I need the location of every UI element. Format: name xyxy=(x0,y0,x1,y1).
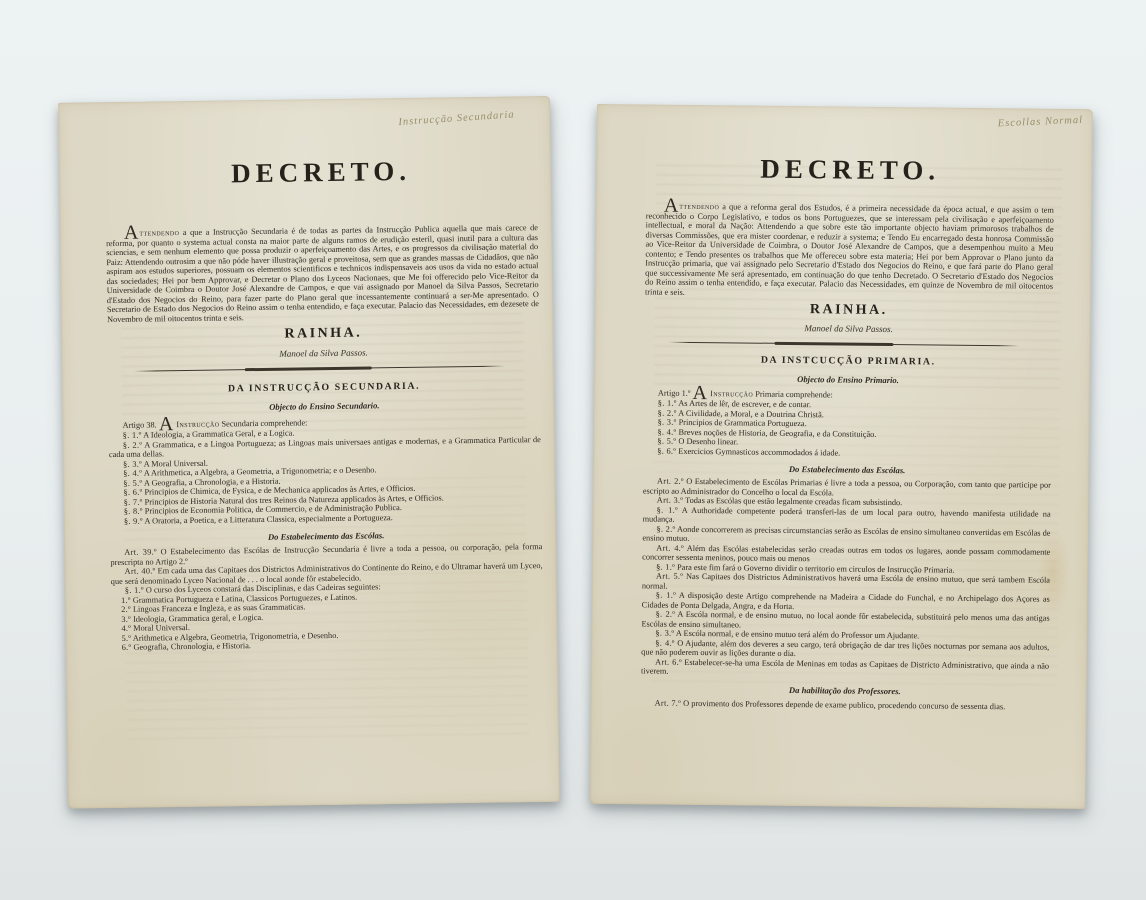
clause-text: Moral Universal. xyxy=(133,623,190,633)
subsection-heading: Do Estabelecimento das Escólas. xyxy=(643,462,1051,476)
clause-label: Art. 40.º xyxy=(125,566,156,575)
clause-text: Ideologia, Grammatica geral, e Logica. xyxy=(133,612,263,623)
section-heading: DA INSTCUCÇÃO PRIMARIA. xyxy=(644,353,1052,368)
clause-text: A disposição deste Artigo comprehende na… xyxy=(642,591,1050,611)
decree-title: DECRETO. xyxy=(646,152,1054,187)
clause-text: Estabelecer-se-ha uma Escóla de Meninas … xyxy=(641,657,1049,675)
clause-label: Art. 6.º xyxy=(655,657,682,666)
article-number: Artigo 38. xyxy=(123,420,157,429)
clause-text: O provimento dos Professores depende de … xyxy=(683,698,1005,710)
article-number: Artigo 1.º xyxy=(658,389,691,398)
clause-label: §. 1.º xyxy=(657,505,678,514)
opening-text: a que a reforma geral dos Estudos, é a p… xyxy=(645,202,1054,296)
clause-label: Art. 3.º xyxy=(657,496,683,505)
clause-text: A Moral Universal. xyxy=(144,458,208,468)
clause-label: §. 8.º xyxy=(124,507,143,516)
clause-text: O Ajudante, além dos deveres a seu cargo… xyxy=(641,638,1049,658)
lead-word: Instrucção xyxy=(176,420,219,430)
photo-backdrop: { "scene": { "background_color": "#eaeff… xyxy=(0,0,1146,900)
section-divider xyxy=(134,365,506,373)
clause-label: §. 2.º xyxy=(658,408,677,417)
opening-paragraph: Attendendo a que a reforma geral dos Est… xyxy=(645,201,1054,300)
article-intro-text: Primaria comprehende: xyxy=(755,390,833,400)
article-list: Art. 39.º O Estabelecimento das Escólas … xyxy=(110,542,543,596)
clause-label: §. 4.º xyxy=(655,638,674,647)
clause-label: 5.º xyxy=(121,633,131,642)
subsection-heading: Objecto do Ensino Secundario. xyxy=(108,398,540,414)
clause-label: §. 1.º xyxy=(656,591,676,600)
clause-text: O Estabelecimento de Escólas Primarias é… xyxy=(643,477,1051,497)
clause-text: Além das Escólas estabelecidas serão cre… xyxy=(642,543,1050,563)
clause-label: §. 6.º xyxy=(123,488,142,497)
lead-word: ttendendo xyxy=(139,228,179,238)
clause-label: §. 2.º xyxy=(656,610,676,619)
clause-label: §. 6.º xyxy=(657,446,676,455)
clause-label: 3.º xyxy=(121,614,131,623)
lead-word: Instrucção xyxy=(710,389,753,398)
clause-text: Nas Capitaes dos Districtos Administrati… xyxy=(642,572,1050,590)
clause-label: §. 3.º xyxy=(123,459,142,468)
course-list: 1.º Grammatica Portugueza e Latina, Clas… xyxy=(111,590,544,653)
clause-label: §. 1.º xyxy=(125,586,144,595)
clause-label: Art. 4.º xyxy=(656,543,684,552)
royal-signature: RAINHA. xyxy=(107,323,539,345)
clause-list: §. 1.º As Artes de lêr, de escrever, e d… xyxy=(643,398,1052,459)
clause-label: §. 5.º xyxy=(123,478,142,487)
clause-label: §. 5.º xyxy=(657,437,676,446)
clause-label: §. 9.º xyxy=(124,516,143,525)
clause-label: Art. 5.º xyxy=(656,572,683,581)
decree-title: DECRETO. xyxy=(105,154,537,191)
clause-label: §. 2.º xyxy=(123,440,142,449)
clause-label: §. 2.º xyxy=(656,524,675,533)
clause-label: 2.º xyxy=(121,605,131,614)
lead-word: ttendendo xyxy=(679,202,719,211)
minister-signature: Manoel da Silva Passos. xyxy=(645,321,1053,335)
clause-label: §. 3.º xyxy=(655,629,674,638)
clause-label: §. 1.º xyxy=(123,431,142,440)
clause: Art. 7.º O provimento dos Professores de… xyxy=(641,698,1049,712)
article-list: Art. 2.º O Estabelecimento de Escólas Pr… xyxy=(641,476,1051,680)
right-document-page: Escollas Normal DECRETO. Attendendo a qu… xyxy=(590,104,1093,809)
clause: Art. 6.º Estabelecer-se-ha uma Escóla de… xyxy=(641,657,1049,680)
subsection-heading: Da habilitação dos Professores. xyxy=(641,683,1049,697)
clause-list: §. 1.º A Ideologia, a Grammatica Geral, … xyxy=(109,425,542,526)
clause-label: §. 4.º xyxy=(123,469,142,478)
clause-text: A Authoridade competente poderá transfer… xyxy=(643,505,1051,523)
opening-text: a que a Instrucção Secundaria é de todas… xyxy=(106,223,539,324)
clause-label: §. 1.º xyxy=(658,399,677,408)
opening-paragraph: Attendendo a que a Instrucção Secundaria… xyxy=(106,223,539,324)
clause-label: 1.º xyxy=(121,595,131,604)
clause-label: Art. 2.º xyxy=(657,477,684,486)
clause-label: §. 1.º xyxy=(656,562,675,571)
clause-text: Exercicios Gymnasticos accommodados á id… xyxy=(678,446,840,457)
article-intro-text: Secundaria comprehende: xyxy=(221,418,307,428)
clause-text: Geografia, Chronologia, e Historia. xyxy=(133,641,251,652)
minister-signature: Manoel da Silva Passos. xyxy=(108,345,540,361)
clause-label: §. 3.º xyxy=(658,418,677,427)
clause-text: Aonde concorrerem as precisas circumstan… xyxy=(642,524,1050,543)
section-heading: DA INSTRUCÇÃO SECUNDARIA. xyxy=(108,379,540,396)
clause-label: Art. 39.º xyxy=(124,547,157,556)
royal-signature: RAINHA. xyxy=(645,300,1053,320)
clause-label: §. 7.º xyxy=(124,497,143,506)
final-article-list: Art. 7.º O provimento dos Professores de… xyxy=(641,698,1049,712)
subsection-heading: Do Estabelecimento das Escólas. xyxy=(110,528,542,544)
clause-label: Art. 7.º xyxy=(655,698,681,707)
clause-label: 6.º xyxy=(122,643,132,652)
clause-text: A Escóla normal, e de ensino mutuo, no l… xyxy=(641,610,1049,629)
clause-label: §. 4.º xyxy=(657,427,676,436)
clause-text: O Desenho linear. xyxy=(678,437,738,447)
clause-label: 4.º xyxy=(121,624,131,633)
left-document-page: Instrucção Secundaria DECRETO. Attendend… xyxy=(58,96,560,809)
section-divider xyxy=(669,341,1020,348)
